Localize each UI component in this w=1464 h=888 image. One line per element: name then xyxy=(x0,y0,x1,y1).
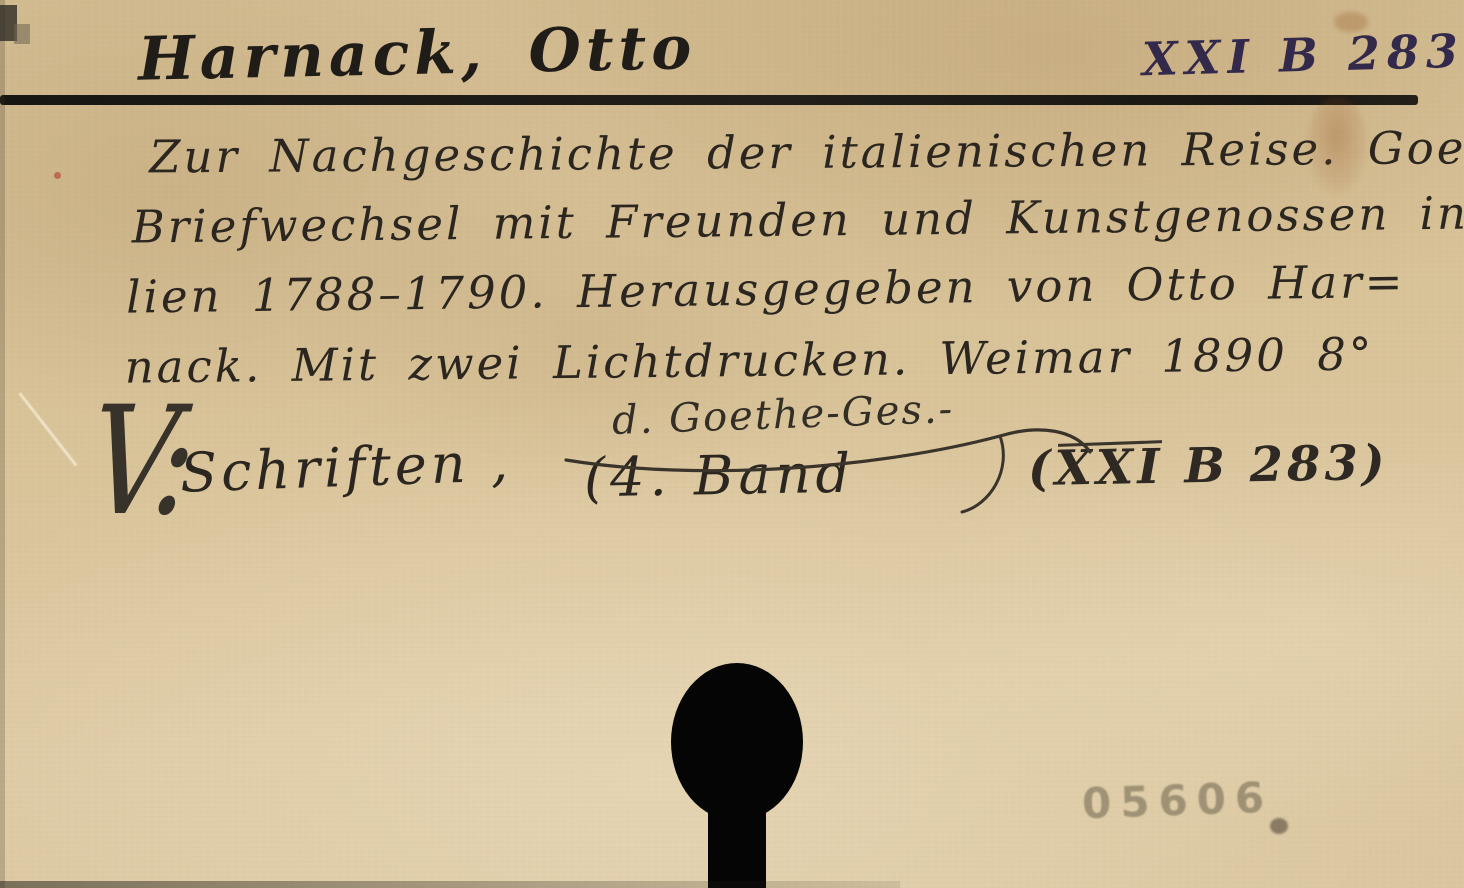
header-rule xyxy=(0,95,1418,105)
scan-corner-artifact-2 xyxy=(14,24,30,44)
reference-mark: V: xyxy=(82,388,193,538)
foxing-stain xyxy=(1306,96,1368,196)
scan-edge-left xyxy=(0,0,5,888)
red-speck xyxy=(54,172,61,179)
foxing-stain-small xyxy=(1334,12,1368,32)
ink-speck xyxy=(1270,818,1288,834)
punch-hole xyxy=(671,663,803,888)
shelfmark-top-right: XXI B 283 xyxy=(1141,24,1464,86)
body-line-3: lien 1788–1790. Herausgegeben von Otto H… xyxy=(126,254,1445,340)
scan-edge-bottom xyxy=(0,881,900,888)
flourish-tail-stroke xyxy=(962,436,1003,512)
reference-volume: (4. Band xyxy=(583,442,855,510)
paper-scratch xyxy=(18,392,77,466)
catalog-card: Harnack, Otto XXI B 283 Zur Nachgeschich… xyxy=(0,0,1464,888)
body-text: Zur Nachgeschichte der italienischen Rei… xyxy=(123,121,1445,410)
accession-stamp: 05606 xyxy=(1081,773,1274,829)
heading-author: Harnack, Otto xyxy=(137,11,778,94)
reference-series: Schriften , xyxy=(179,430,513,505)
